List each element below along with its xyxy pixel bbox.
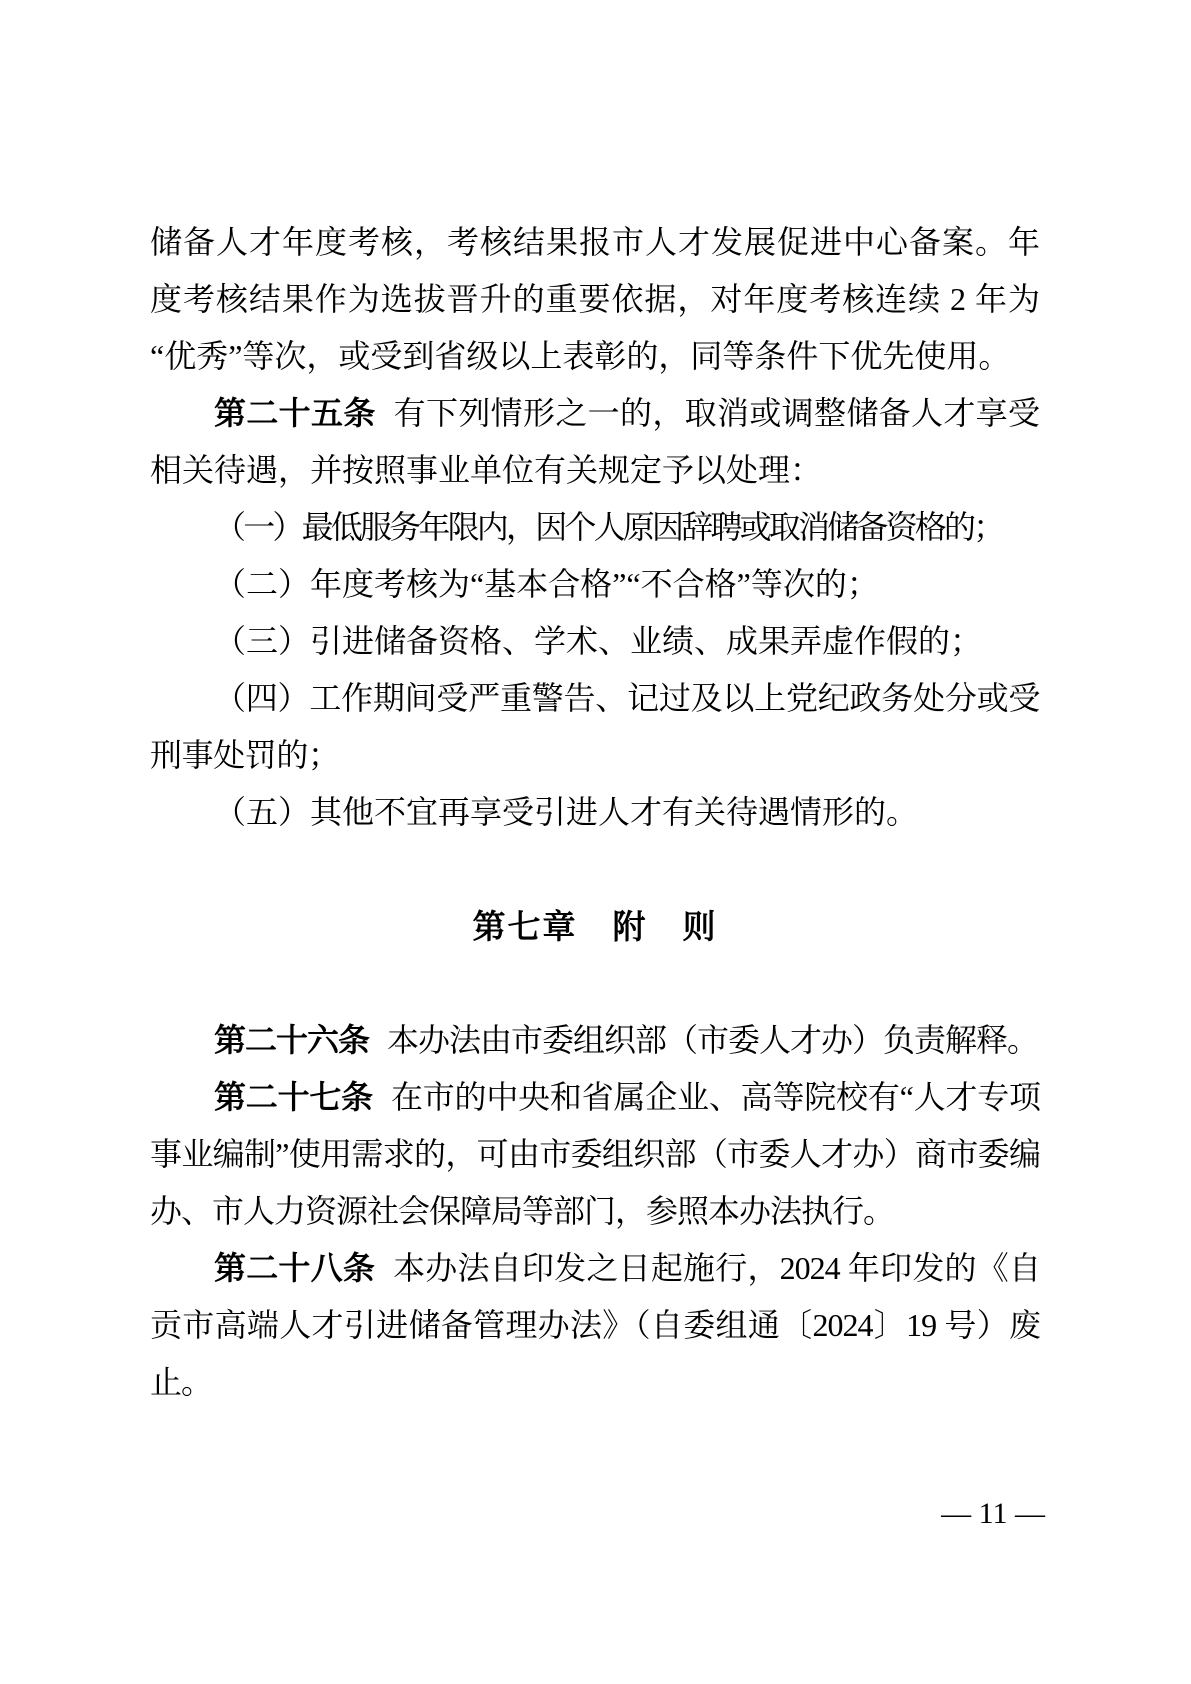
- list-item-5: （五）其他不宜再享受引进人才有关待遇情形的。: [150, 784, 1040, 841]
- document-page: 储备人才年度考核，考核结果报市人才发展促进中心备案。年度考核结果作为选拔晋升的重…: [0, 0, 1191, 1684]
- document-content: 储备人才年度考核，考核结果报市人才发展促进中心备案。年度考核结果作为选拔晋升的重…: [150, 214, 1040, 1411]
- list-item-1: （一）最低服务年限内，因个人原因辞聘或取消储备资格的；: [150, 499, 1040, 556]
- article-26-text: 本办法由市委组织部（市委人才办）负责解释。: [387, 1022, 1038, 1058]
- article-28: 第二十八条本办法自印发之日起施行，2024 年印发的《自贡市高端人才引进储备管理…: [150, 1240, 1040, 1411]
- article-27-label: 第二十七条: [214, 1079, 373, 1115]
- article-26: 第二十六条本办法由市委组织部（市委人才办）负责解释。: [150, 1012, 1040, 1069]
- article-25-label: 第二十五条: [214, 395, 376, 431]
- article-26-label: 第二十六条: [214, 1022, 369, 1058]
- page-number: — 11 —: [941, 1494, 1045, 1534]
- article-27: 第二十七条在市的中央和省属企业、高等院校有“人才专项事业编制”使用需求的，可由市…: [150, 1069, 1040, 1240]
- list-item-4: （四）工作期间受严重警告、记过及以上党纪政务处分或受刑事处罚的；: [150, 670, 1040, 784]
- list-item-2: （二）年度考核为“基本合格”“不合格”等次的；: [150, 556, 1040, 613]
- paragraph-continuation: 储备人才年度考核，考核结果报市人才发展促进中心备案。年度考核结果作为选拔晋升的重…: [150, 214, 1040, 385]
- article-28-label: 第二十八条: [214, 1250, 375, 1286]
- article-25: 第二十五条有下列情形之一的，取消或调整储备人才享受相关待遇，并按照事业单位有关规…: [150, 385, 1040, 499]
- list-item-3: （三）引进储备资格、学术、业绩、成果弄虚作假的；: [150, 613, 1040, 670]
- chapter-heading: 第七章 附 则: [150, 898, 1040, 955]
